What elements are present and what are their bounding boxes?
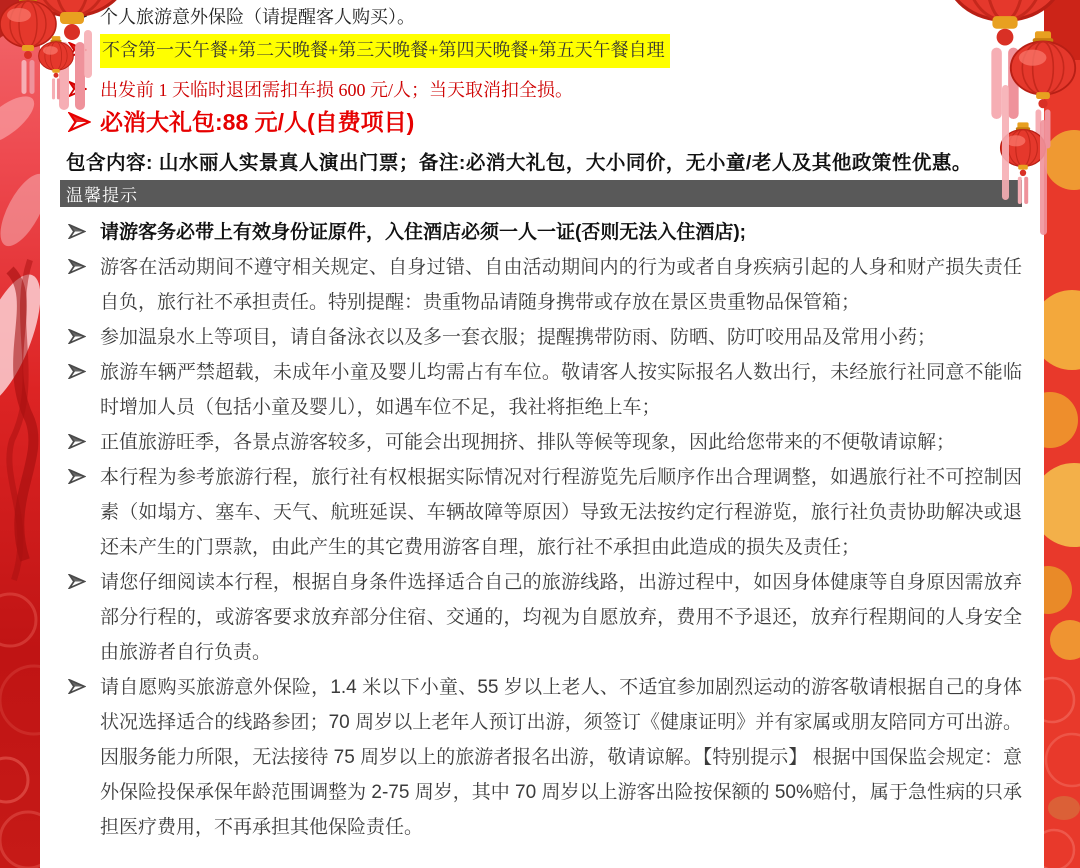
tip-item: 正值旅游旺季，各景点游客较多，可能会出现拥挤、排队等候等现象，因此给您带来的不便… (40, 425, 1044, 460)
arrow-bullet-icon (68, 355, 100, 379)
notice-gift-package: 必消大礼包:88 元/人(自费项目) (68, 105, 414, 139)
arrow-bullet-icon (68, 460, 100, 484)
tip-item: 请您仔细阅读本行程，根据自身条件选择适合自己的旅游线路，出游过程中，如因身体健康… (40, 565, 1044, 670)
tip-text: 游客在活动期间不遵守相关规定、自身过错、自由活动期间内的行为或者自身疾病引起的人… (100, 250, 1022, 320)
arrow-bullet-icon (68, 215, 100, 239)
tip-item: 本行程为参考旅游行程，旅行社有权根据实际情况对行程游览先后顺序作出合理调整，如遇… (40, 460, 1044, 565)
notice-cancellation: 出发前 1 天临时退团需扣车损 600 元/人；当天取消扣全损。 (68, 77, 573, 104)
arrow-bullet-icon (68, 77, 100, 97)
tip-item: 请自愿购买旅游意外保险，1.4 米以下小童、55 岁以上老人、不适宜参加剧烈运动… (40, 670, 1044, 845)
notice-meals-highlighted: 不含第一天午餐+第二天晚餐+第三天晚餐+第四天晚餐+第五天午餐自理 (68, 34, 670, 68)
notice-text: 必消大礼包:88 元/人(自费项目) (100, 105, 414, 139)
arrow-bullet-icon (68, 34, 100, 58)
arrow-bullet-icon (68, 4, 100, 24)
tip-text: 本行程为参考旅游行程，旅行社有权根据实际情况对行程游览先后顺序作出合理调整，如遇… (100, 460, 1022, 565)
notice-text: 个人旅游意外保险（请提醒客人购买）。 (100, 4, 415, 31)
arrow-bullet-icon (68, 250, 100, 274)
tips-section-title: 温馨提示 (60, 181, 138, 206)
tip-text: 正值旅游旺季，各景点游客较多，可能会出现拥挤、排队等候等现象，因此给您带来的不便… (100, 425, 1022, 460)
tip-item: 参加温泉水上等项目，请自备泳衣以及多一套衣服；提醒携带防雨、防晒、防叮咬用品及常… (40, 320, 1044, 355)
highlighted-text: 不含第一天午餐+第二天晚餐+第三天晚餐+第四天晚餐+第五天午餐自理 (100, 34, 670, 68)
right-red-border (1044, 0, 1080, 868)
tip-text: 旅游车辆严禁超载，未成年小童及婴儿均需占有车位。敬请客人按实际报名人数出行，未经… (100, 355, 1022, 425)
notice-text: 出发前 1 天临时退团需扣车损 600 元/人；当天取消扣全损。 (100, 77, 573, 104)
tip-item: 游客在活动期间不遵守相关规定、自身过错、自由活动期间内的行为或者自身疾病引起的人… (40, 250, 1044, 320)
arrow-bullet-icon (68, 670, 100, 694)
tips-section-header: 温馨提示 (60, 180, 1022, 207)
arrow-bullet-icon (68, 105, 100, 132)
tip-text: 请游客务必带上有效身份证原件，入住酒店必须一人一证(否则无法入住酒店); (100, 215, 1022, 250)
travel-itinerary-document: { "colors": { "highlight": "#FFFF00", "n… (0, 0, 1080, 868)
tip-text: 请您仔细阅读本行程，根据自身条件选择适合自己的旅游线路，出游过程中，如因身体健康… (100, 565, 1022, 670)
document-body: 个人旅游意外保险（请提醒客人购买）。 不含第一天午餐+第二天晚餐+第三天晚餐+第… (40, 0, 1044, 868)
arrow-bullet-icon (68, 565, 100, 589)
arrow-bullet-icon (68, 425, 100, 449)
tip-item: 旅游车辆严禁超载，未成年小童及婴儿均需占有车位。敬请客人按实际报名人数出行，未经… (40, 355, 1044, 425)
tip-text: 请自愿购买旅游意外保险，1.4 米以下小童、55 岁以上老人、不适宜参加剧烈运动… (100, 670, 1022, 845)
arrow-bullet-icon (68, 320, 100, 344)
tip-text: 参加温泉水上等项目，请自备泳衣以及多一套衣服；提醒携带防雨、防晒、防叮咬用品及常… (100, 320, 1022, 355)
tips-list: 请游客务必带上有效身份证原件，入住酒店必须一人一证(否则无法入住酒店); 游客在… (40, 215, 1044, 845)
left-red-border (0, 0, 40, 868)
notice-insurance: 个人旅游意外保险（请提醒客人购买）。 (68, 4, 415, 31)
tip-item: 请游客务必带上有效身份证原件，入住酒店必须一人一证(否则无法入住酒店); (40, 215, 1044, 250)
included-content-line: 包含内容: 山水丽人实景真人演出门票；备注:必消大礼包，大小同价，无小童/老人及… (66, 150, 1031, 176)
